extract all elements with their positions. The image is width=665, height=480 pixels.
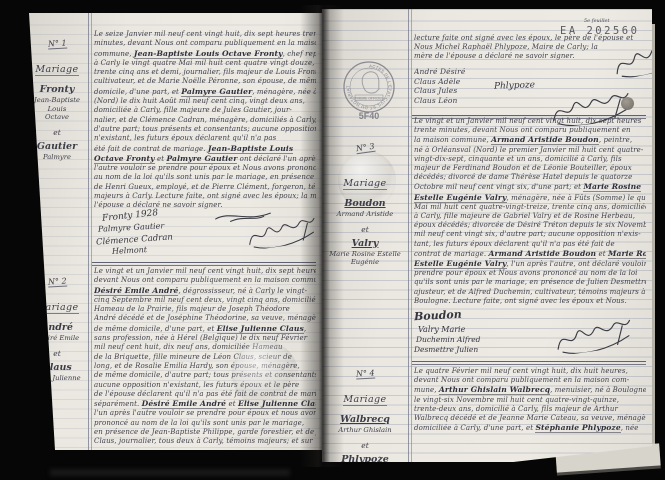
handwriting-line: à Carly le vingt quatre Mai mil huit cen… (94, 59, 316, 68)
handwriting-line: décédés; divorcé de dame Thérèse Hatel d… (414, 173, 646, 182)
handwriting-line: mune, Arthur Ghislain Walbrecq, menuisie… (414, 385, 646, 395)
handwriting-line: été fait de contrat de mariage. Jean-Bap… (94, 144, 316, 154)
conjunction: et (28, 349, 86, 358)
handwriting-line: cinq Septembre mil neuf cent deux, vingt… (94, 296, 316, 305)
handwriting-line: l'un après l'autre vouloir se prendre po… (94, 409, 316, 418)
handwriting-line: qu'ils sont unis par le mariage, en prés… (414, 278, 646, 287)
handwriting-line: n'existant, les futurs époux déclarent q… (94, 134, 316, 143)
handwriting-line: devant Nous ont comparu publiquement en … (414, 376, 646, 385)
bride-name: ClausElise Julienne (28, 362, 86, 383)
signature: Claus Adèle (414, 77, 465, 87)
signature: André Désiré (414, 67, 465, 77)
signature: Desmettre Julien (414, 345, 478, 354)
handwriting-line: trente minutes, devant Nous ont comparu … (414, 126, 646, 135)
register-scan-photo: N° 1 Mariage FrontyJean-Baptiste LouisOc… (0, 0, 665, 480)
groom-name: WalbrecqArthur Ghislain (326, 414, 404, 435)
act-number: N° 1 (47, 39, 66, 50)
handwriting-line: l'autre vouloir se prendre pour époux et… (94, 164, 316, 173)
left-page: N° 1 Mariage FrontyJean-Baptiste LouisOc… (26, 13, 322, 450)
act-number: N° 4 (355, 369, 374, 380)
handwriting-line: trente cinq ans et demi, journalier, fil… (94, 68, 316, 77)
act-divider (412, 361, 646, 365)
signature: Boudon (414, 308, 462, 323)
handwriting-line: prendre pour époux et Nous avons prononc… (414, 269, 646, 278)
handwriting-line: Octave Fronty et Palmyre Gautier ont déc… (94, 154, 316, 164)
act-type-label: Mariage (35, 64, 78, 76)
handwriting-line: majeur de Ferdinand Boudon et de Léonie … (414, 164, 646, 173)
stamp-value: 5F40 (359, 111, 380, 121)
stamp-ring-text: ACTES DE L'ÉTAT-CIVIL ET DU NOTARIAT (345, 63, 392, 110)
handwriting-line: minutes, devant Nous ont comparu publiqu… (94, 39, 316, 48)
conjunction: et (326, 225, 404, 234)
act-type-label: Mariage (35, 302, 78, 314)
handwriting-line: Le vingt et un Janvier mil neuf cent vin… (414, 117, 646, 126)
act-3-body: Le vingt et un Janvier mil neuf cent vin… (414, 117, 646, 306)
punch-hole (621, 97, 634, 110)
marianne-head-icon (362, 72, 379, 93)
signature: Phlypoze (494, 80, 535, 91)
handwriting-line: domiciliée à Carly, d'une part, et Stéph… (414, 423, 646, 433)
handwriting-line: tant, les futurs époux déclarent qu'il n… (414, 240, 646, 249)
right-page: 5e feuillet EA 202560 lecture faite ont … (322, 9, 652, 462)
act-number: N° 2 (47, 277, 66, 288)
act-3-signature-block: Boudon Valry Marie Duchemin Alfred Desme… (414, 305, 646, 357)
conjunction: et (326, 441, 404, 450)
handwriting-line: domicile, d'une part, et Palmyre Gautier… (94, 87, 316, 97)
groom-name: BoudonArmand Aristide (326, 198, 404, 219)
handwriting-line: vingt-dix-sept, cinquante et un ans, dom… (414, 155, 646, 164)
handwriting-line: domiciliée à Carly, fille majeure de Jul… (94, 106, 316, 115)
handwriting-line: prononcé au nom de la loi qu'ils sont un… (94, 419, 316, 428)
act-type-label: Mariage (343, 178, 386, 190)
handwriting-line: Désiré Emile André, dégrossisseur, né à … (94, 286, 316, 296)
handwriting-line: nalier, et de Clémence Cadran, ménagère,… (94, 116, 316, 125)
handwriting-line: à Carly, fille majeure de Gabriel Valry … (414, 212, 646, 221)
handwriting-line: sans profession, née à Hérel (Belgique) … (94, 334, 316, 343)
handwriting-line: d'autre part; tous présents et consentan… (94, 125, 316, 134)
groom-name: AndréDésiré Emile (28, 322, 86, 343)
handwriting-line: lecture faite ont signé avec les époux, … (414, 34, 646, 43)
margin-entry-1: N° 1 Mariage FrontyJean-Baptiste LouisOc… (28, 31, 86, 167)
act-1-signature-block: Fronty 1928 Palmyre Gautier Clémence Cad… (96, 211, 316, 259)
signature-flourish-icon (552, 316, 635, 357)
svg-text:ACTES DE L'ÉTAT-CIVIL ET DU NO: ACTES DE L'ÉTAT-CIVIL ET DU NOTARIAT (345, 63, 392, 110)
handwriting-line: commune, Jean-Baptiste Louis Octave Fron… (94, 49, 316, 59)
embossed-seal (232, 341, 298, 407)
handwriting-line: au nom de la loi qu'ils sont unis par le… (94, 173, 316, 182)
handwriting-line: André décédé et de Joséphine Théodorine,… (94, 314, 316, 323)
handwriting-line: Claus, journalier, tous deux à Carly, té… (94, 437, 316, 446)
handwriting-line: Octobre mil neuf cent vingt six, d'une p… (414, 182, 646, 192)
act-number: N° 3 (355, 142, 375, 154)
handwriting-line: en présence de Jean-Baptiste Philippe, g… (94, 428, 316, 437)
act-divider (92, 262, 316, 266)
witness-signatures: André DésiréClaus AdèleClaus JulesClaus … (414, 67, 465, 105)
handwriting-line: Estelle Eugénie Valry, ménagère, née à F… (414, 193, 646, 203)
bride-name: GautierPalmyre (28, 141, 86, 162)
handwriting-line: Walbrecq décédé et de Jeanne Marie Catea… (414, 414, 646, 423)
bride-name: PhlypozeStéphanie (326, 454, 404, 475)
signature: Claus Léon (414, 96, 465, 106)
margin-entry-4: N° 4 Mariage WalbrecqArthur Ghislain et … (326, 361, 404, 480)
signature: Claus Jules (414, 86, 465, 96)
handwriting-line: l'épouse a déclaré ne savoir signer. (94, 201, 316, 210)
act-4-body: Le quatre Février mil neuf cent vingt hu… (414, 367, 646, 433)
act-number-3: N° 3 (328, 135, 402, 161)
handwriting-line: (Nord) le dix huit Août mil neuf cent ci… (94, 97, 316, 106)
handwriting-line: de Henri Gueux, employé, et de Pierre Cl… (94, 183, 316, 192)
handwriting-line: Le quatre Février mil neuf cent vingt hu… (414, 367, 646, 376)
margin-rule (88, 13, 92, 450)
act-type-label: Mariage (343, 394, 386, 406)
handwriting-line: Mai mil huit cent quatre-vingt-treize, t… (414, 203, 646, 212)
handwriting-line: ajusteur, et de Alfred Duchemin, cultiva… (414, 288, 646, 297)
stamp-band-text: TIMBRE OFFICIEL (354, 96, 383, 100)
handwriting-line: époux décédés; divorcée de Désiré Tréton… (414, 221, 646, 230)
page-edge-stack (652, 24, 655, 456)
signature: Helmont (112, 245, 147, 256)
handwriting-line: Le seize Janvier mil neuf cent vingt hui… (94, 30, 316, 39)
handwriting-line: Le vingt et un Janvier mil neuf cent vin… (94, 267, 316, 276)
margin-entry-2: N° 2 Mariage AndréDésiré Emile et ClausE… (28, 269, 86, 388)
fiscal-stamp: ACTES DE L'ÉTAT-CIVIL ET DU NOTARIAT TIM… (338, 59, 400, 125)
handwriting-line: cultivateur, et de Marie Noëlle Péronne,… (94, 77, 316, 86)
conjunction: et (28, 128, 86, 137)
handwriting-line: majeurs à Carly. Lecture faite, ont sign… (94, 192, 316, 201)
handwriting-line: né à Orléansval (Nord) le premier Janvie… (414, 146, 646, 155)
handwriting-line: contrat de mariage. Armand Aristide Boud… (414, 249, 646, 259)
handwriting-line: Estelle Eugénie Valry, l'un après l'autr… (414, 259, 646, 269)
act-1-body: Le seize Janvier mil neuf cent vingt hui… (94, 30, 316, 211)
handwriting-line: trente-deux ans, domicilié à Carly, fils… (414, 405, 646, 414)
groom-name: FrontyJean-Baptiste LouisOctave (28, 84, 86, 122)
handwriting-line: la maison commune, Armand Aristide Boudo… (414, 135, 646, 145)
bride-name: ValryMarie Rosine EstelleEugénie (326, 238, 404, 267)
signature: Valry Marie (418, 325, 465, 334)
handwriting-line: de même domicile, d'une part, et Elise J… (94, 324, 316, 334)
handwriting-line: devant Nous ont comparu publiquement en … (94, 276, 316, 285)
photo-smudge (50, 469, 290, 476)
corner-note: 5e feuillet (584, 18, 610, 24)
handwriting-line: mil neuf cent vingt six, d'autre part; a… (414, 230, 646, 239)
signature: Duchemin Alfred (416, 335, 480, 344)
margin-rule (408, 9, 412, 462)
act-2-signature-block: André DésiréClaus AdèleClaus JulesClaus … (414, 65, 646, 113)
margin-entry-3: Mariage BoudonArmand Aristide et ValryMa… (326, 171, 404, 273)
handwriting-line: Hameau de la Prairie, fils majeur de Jos… (94, 305, 316, 314)
handwriting-line: le vingt-six Novembre mil huit cent quat… (414, 396, 646, 405)
